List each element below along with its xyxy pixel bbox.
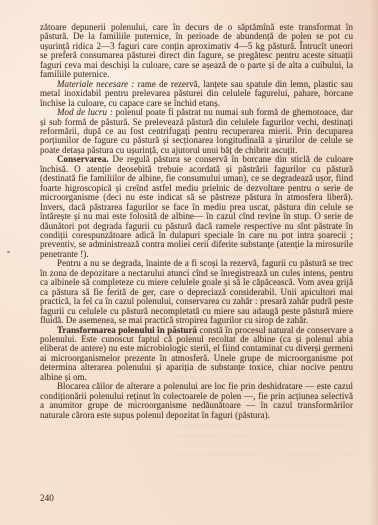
book-page: zătoare depunerii polenului, care în dec… <box>0 0 378 525</box>
bold-lead: Conservarea. <box>57 154 109 164</box>
paragraph: zătoare depunerii polenului, care în dec… <box>40 23 353 80</box>
italic-lead: Materiale necesare : <box>57 79 134 89</box>
bold-lead: Transformarea polenului în păstură <box>57 325 197 335</box>
body-text: zătoare depunerii polenului, care în dec… <box>40 23 353 420</box>
italic-lead: Mod de lucru : <box>57 107 113 117</box>
paragraph: Conservarea. De regulă păstura se conser… <box>40 155 353 259</box>
page-edge-shadow <box>369 0 378 525</box>
ink-speck <box>7 250 11 253</box>
paragraph: Transformarea polenului în păstură const… <box>40 326 353 383</box>
paragraph: Pentru a nu se degrada, înainte de a fi … <box>40 259 353 325</box>
paragraph: Blocarea căilor de alterare a polenului … <box>40 382 353 420</box>
paragraph: Materiale necesare : rame de rezervă, la… <box>40 80 353 108</box>
page-number: 240 <box>40 493 54 503</box>
paragraph: Mod de lucru : polenul poate fi păstrat … <box>40 108 353 155</box>
